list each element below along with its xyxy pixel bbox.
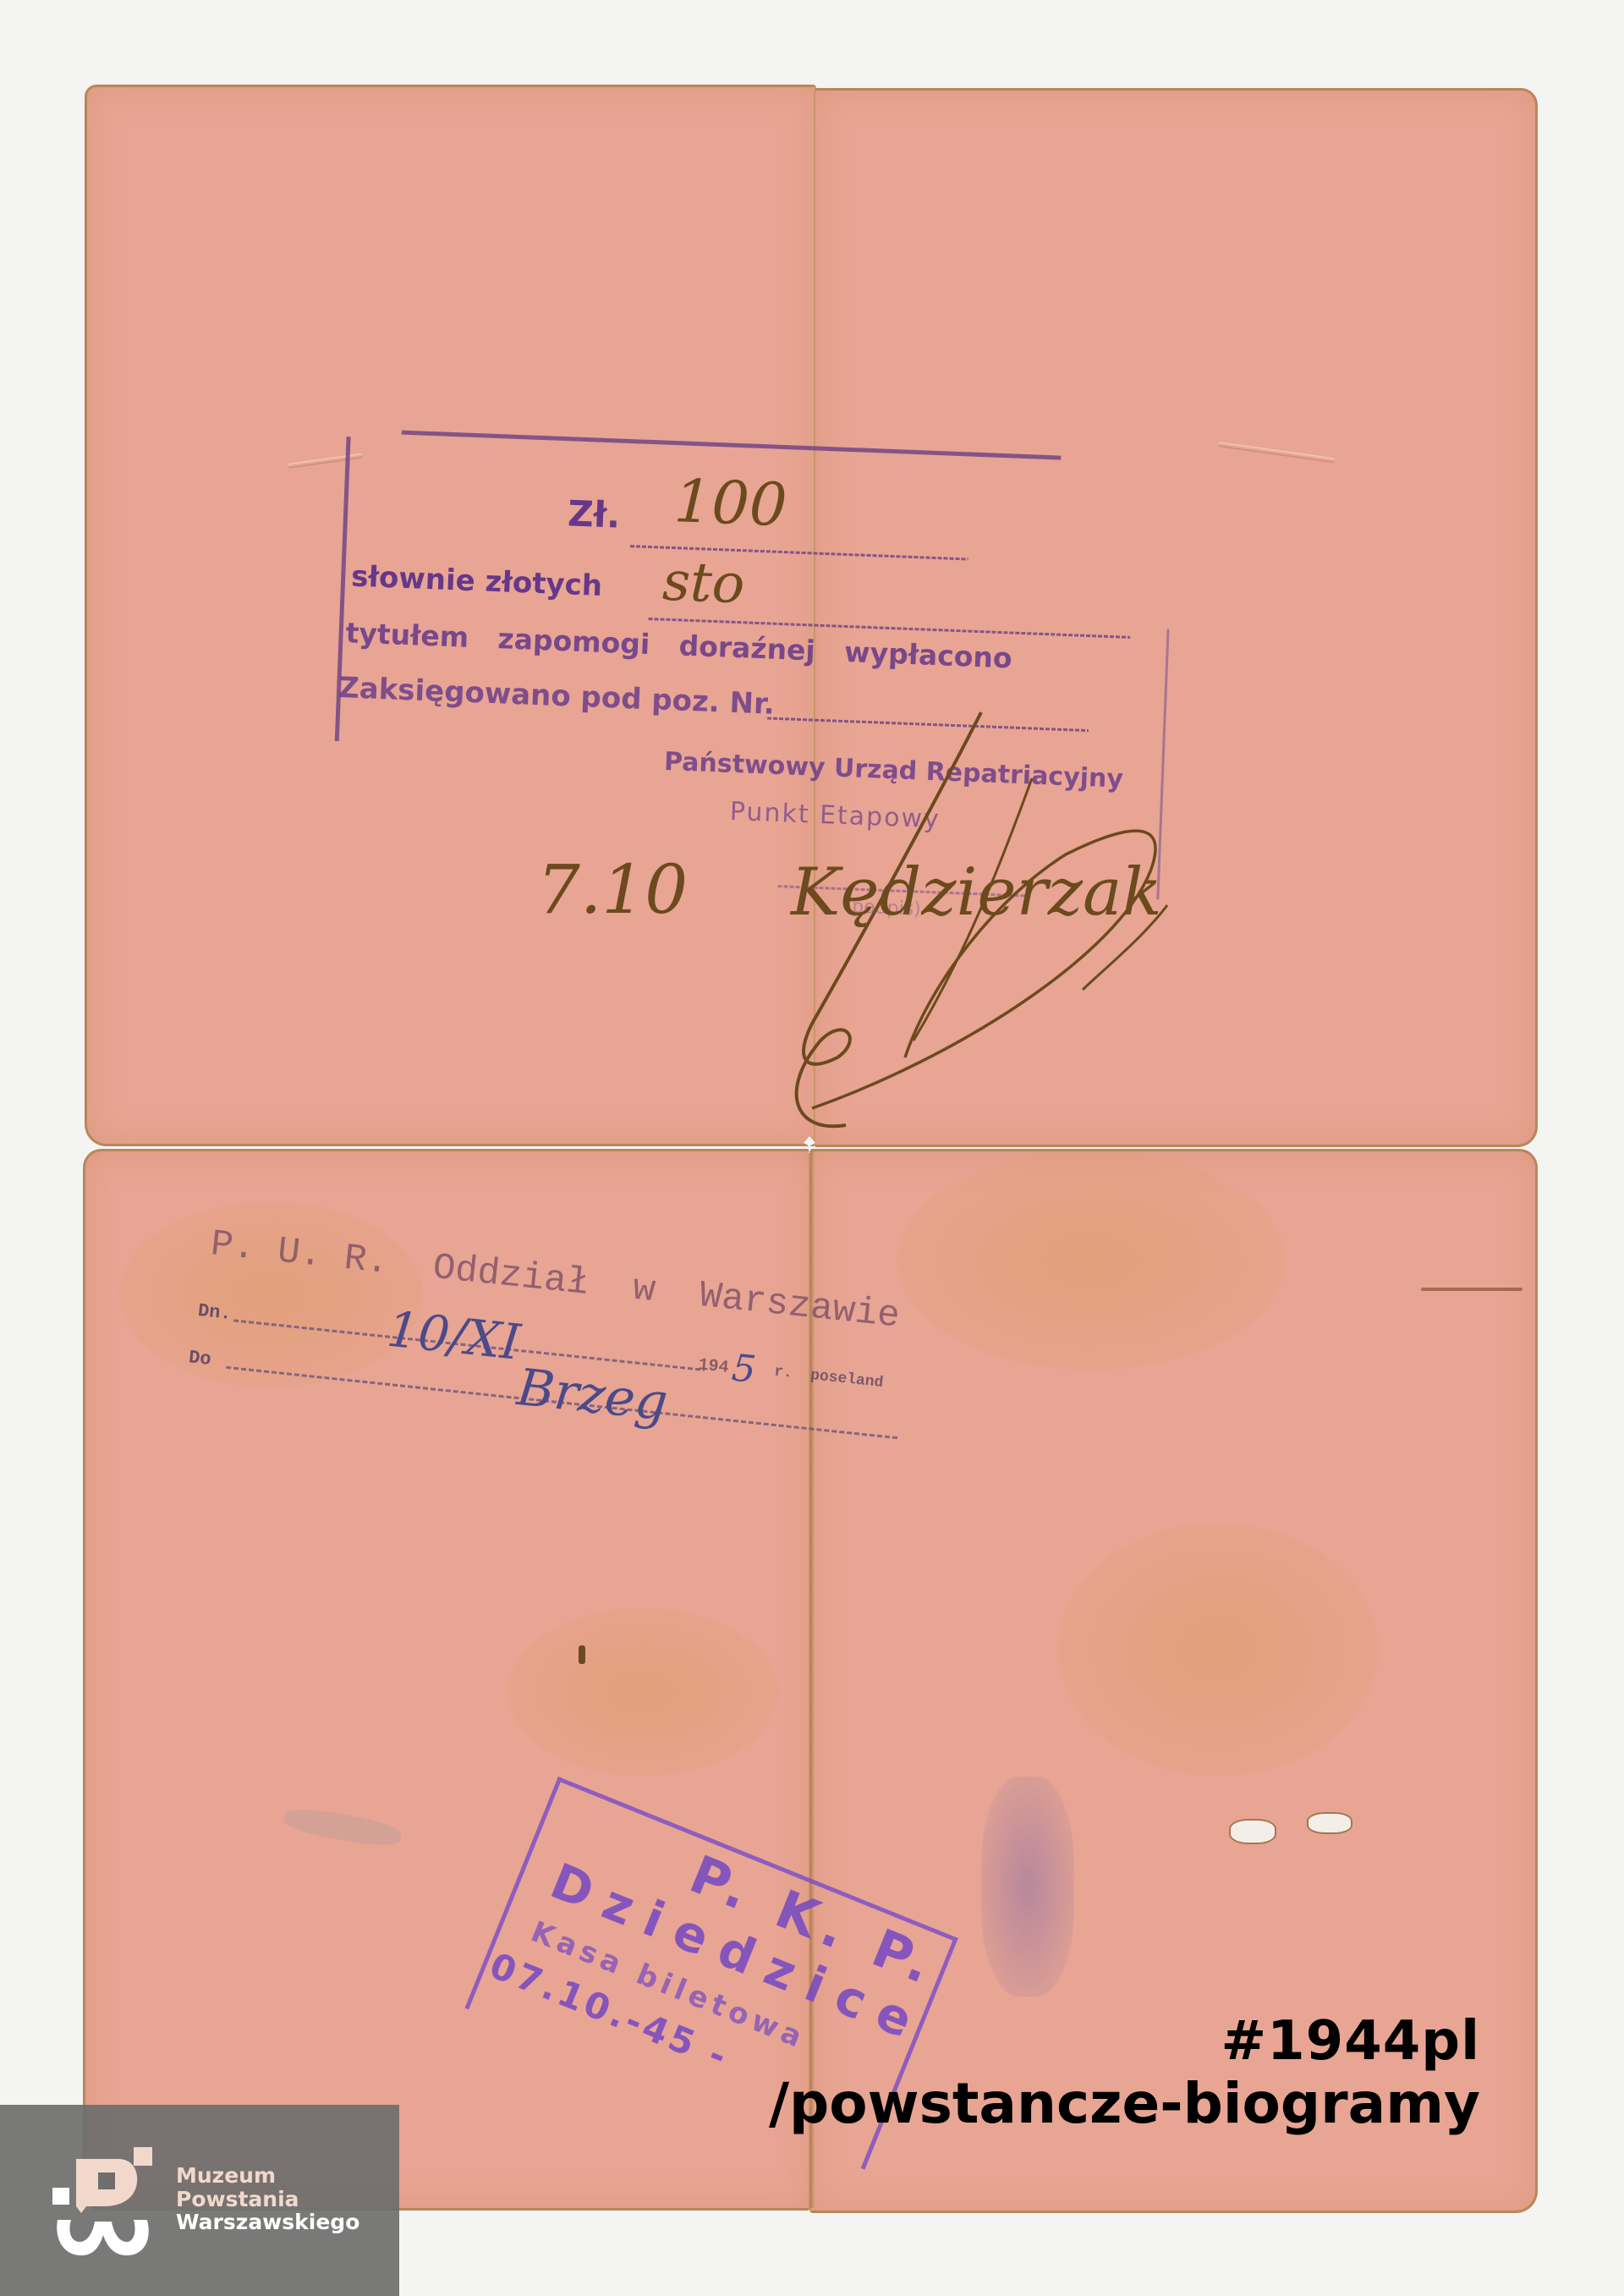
museum-anchor-logo-icon <box>52 2147 154 2259</box>
pur-year-prefix: 194 <box>697 1355 729 1378</box>
paper-hole <box>1229 1819 1276 1844</box>
handwritten-date: 7.10 <box>537 850 688 929</box>
signature-flourish <box>744 702 1184 1142</box>
amount-value-handwritten: 100 <box>672 466 788 540</box>
museum-name: Muzeum Powstania Warszawskiego <box>176 2164 359 2234</box>
paper-stain <box>507 1607 778 1777</box>
paper-stain <box>897 1151 1286 1370</box>
pur-date-tail: r. poseland <box>773 1364 884 1392</box>
watermark-hashtag: #1944pl <box>769 2012 1480 2073</box>
words-label: słownie złotych <box>350 559 602 602</box>
pur-destination-handwritten: Brzeg <box>514 1358 671 1432</box>
amount-label: Zł. <box>567 492 621 536</box>
pur-date-label: Dn. <box>197 1300 233 1325</box>
words-value-handwritten: sto <box>661 551 746 617</box>
museum-name-line3: Warszawskiego <box>176 2211 359 2234</box>
purpose-line: tytułem zapomogi doraźnej wypłacono <box>345 616 1012 674</box>
pur-destination-label: Do <box>188 1347 212 1370</box>
watermark-hashtag-block: #1944pl /powstancze-biogramy <box>769 2012 1480 2135</box>
pur-year-handwritten: 5 <box>730 1346 758 1392</box>
museum-logo-panel: Muzeum Powstania Warszawskiego <box>0 2105 399 2296</box>
faint-blue-stamp-residue <box>981 1777 1074 1997</box>
paper-hole <box>1307 1812 1352 1834</box>
paper-stain <box>1057 1523 1379 1777</box>
ink-spot <box>579 1645 585 1664</box>
museum-name-line1: Muzeum <box>176 2164 359 2188</box>
paper-tear <box>1421 1288 1522 1291</box>
pur-date-handwritten: 10/XI <box>385 1300 524 1371</box>
watermark-path: /powstancze-biogramy <box>769 2073 1480 2135</box>
museum-name-line2: Powstania <box>176 2188 359 2211</box>
ledger-label: Zaksięgowano pod poz. Nr. <box>337 671 775 722</box>
